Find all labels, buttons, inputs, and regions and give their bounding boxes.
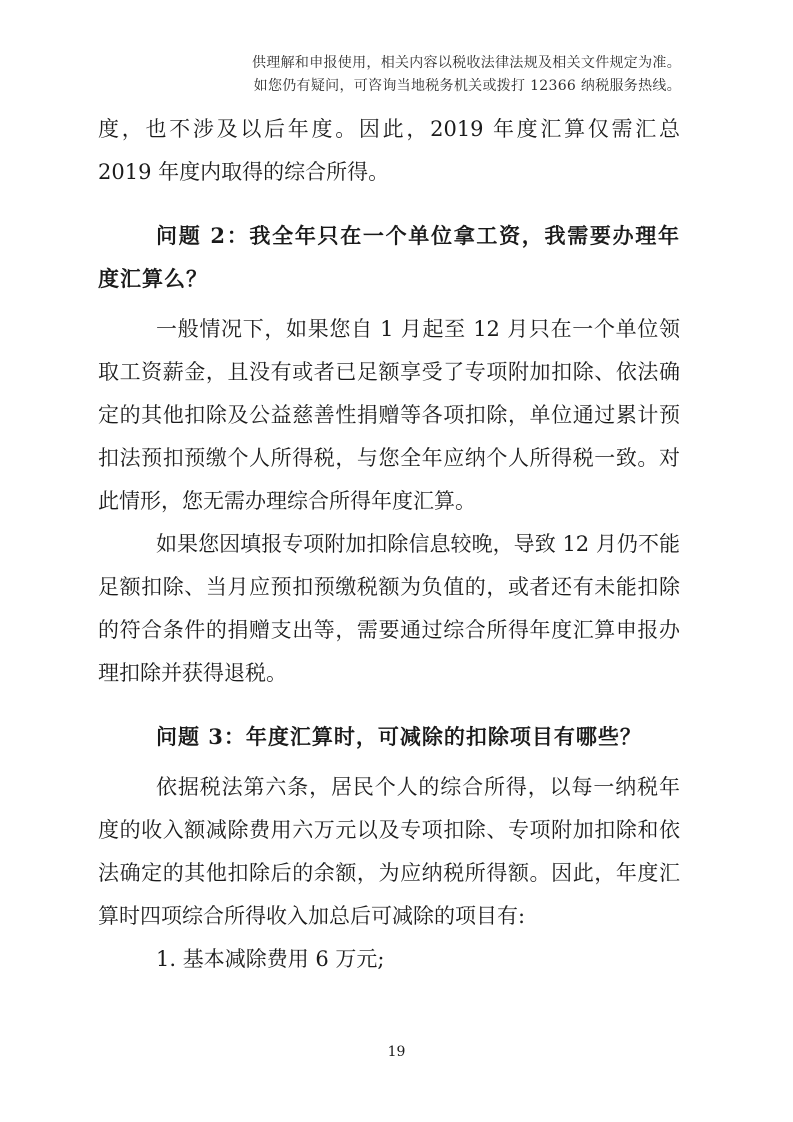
question-2-answer-paragraph-1: 一般情况下，如果您自 1 月起至 12 月只在一个单位领取工资薪金，且没有或者已… [98,308,680,523]
question-3-answer-paragraph-1: 依据税法第六条，居民个人的综合所得，以每一纳税年度的收入额减除费用六万元以及专项… [98,766,680,938]
question-2-heading: 问题 2：我全年只在一个单位拿工资，我需要办理年度汇算么？ [98,214,680,300]
page-header-note: 供理解和申报使用，相关内容以税收法律法规及相关文件规定为准。 如您仍有疑问，可咨… [200,52,681,98]
document-body: 度，也不涉及以后年度。因此，2019 年度汇算仅需汇总 2019 年度内取得的综… [98,108,680,981]
deduction-list-item-1: 1. 基本减除费用 6 万元; [98,938,680,981]
page-number: 19 [0,1044,793,1060]
paragraph-continuation: 度，也不涉及以后年度。因此，2019 年度汇算仅需汇总 2019 年度内取得的综… [98,108,680,194]
question-3-heading: 问题 3：年度汇算时，可减除的扣除项目有哪些？ [98,715,680,758]
header-note-line-2: 如您仍有疑问，可咨询当地税务机关或拨打 12366 纳税服务热线。 [200,75,681,98]
question-2-answer-paragraph-2: 如果您因填报专项附加扣除信息较晚，导致 12 月仍不能足额扣除、当月应预扣预缴税… [98,523,680,695]
document-page: 供理解和申报使用，相关内容以税收法律法规及相关文件规定为准。 如您仍有疑问，可咨… [0,0,793,1122]
header-note-line-1: 供理解和申报使用，相关内容以税收法律法规及相关文件规定为准。 [200,52,681,75]
